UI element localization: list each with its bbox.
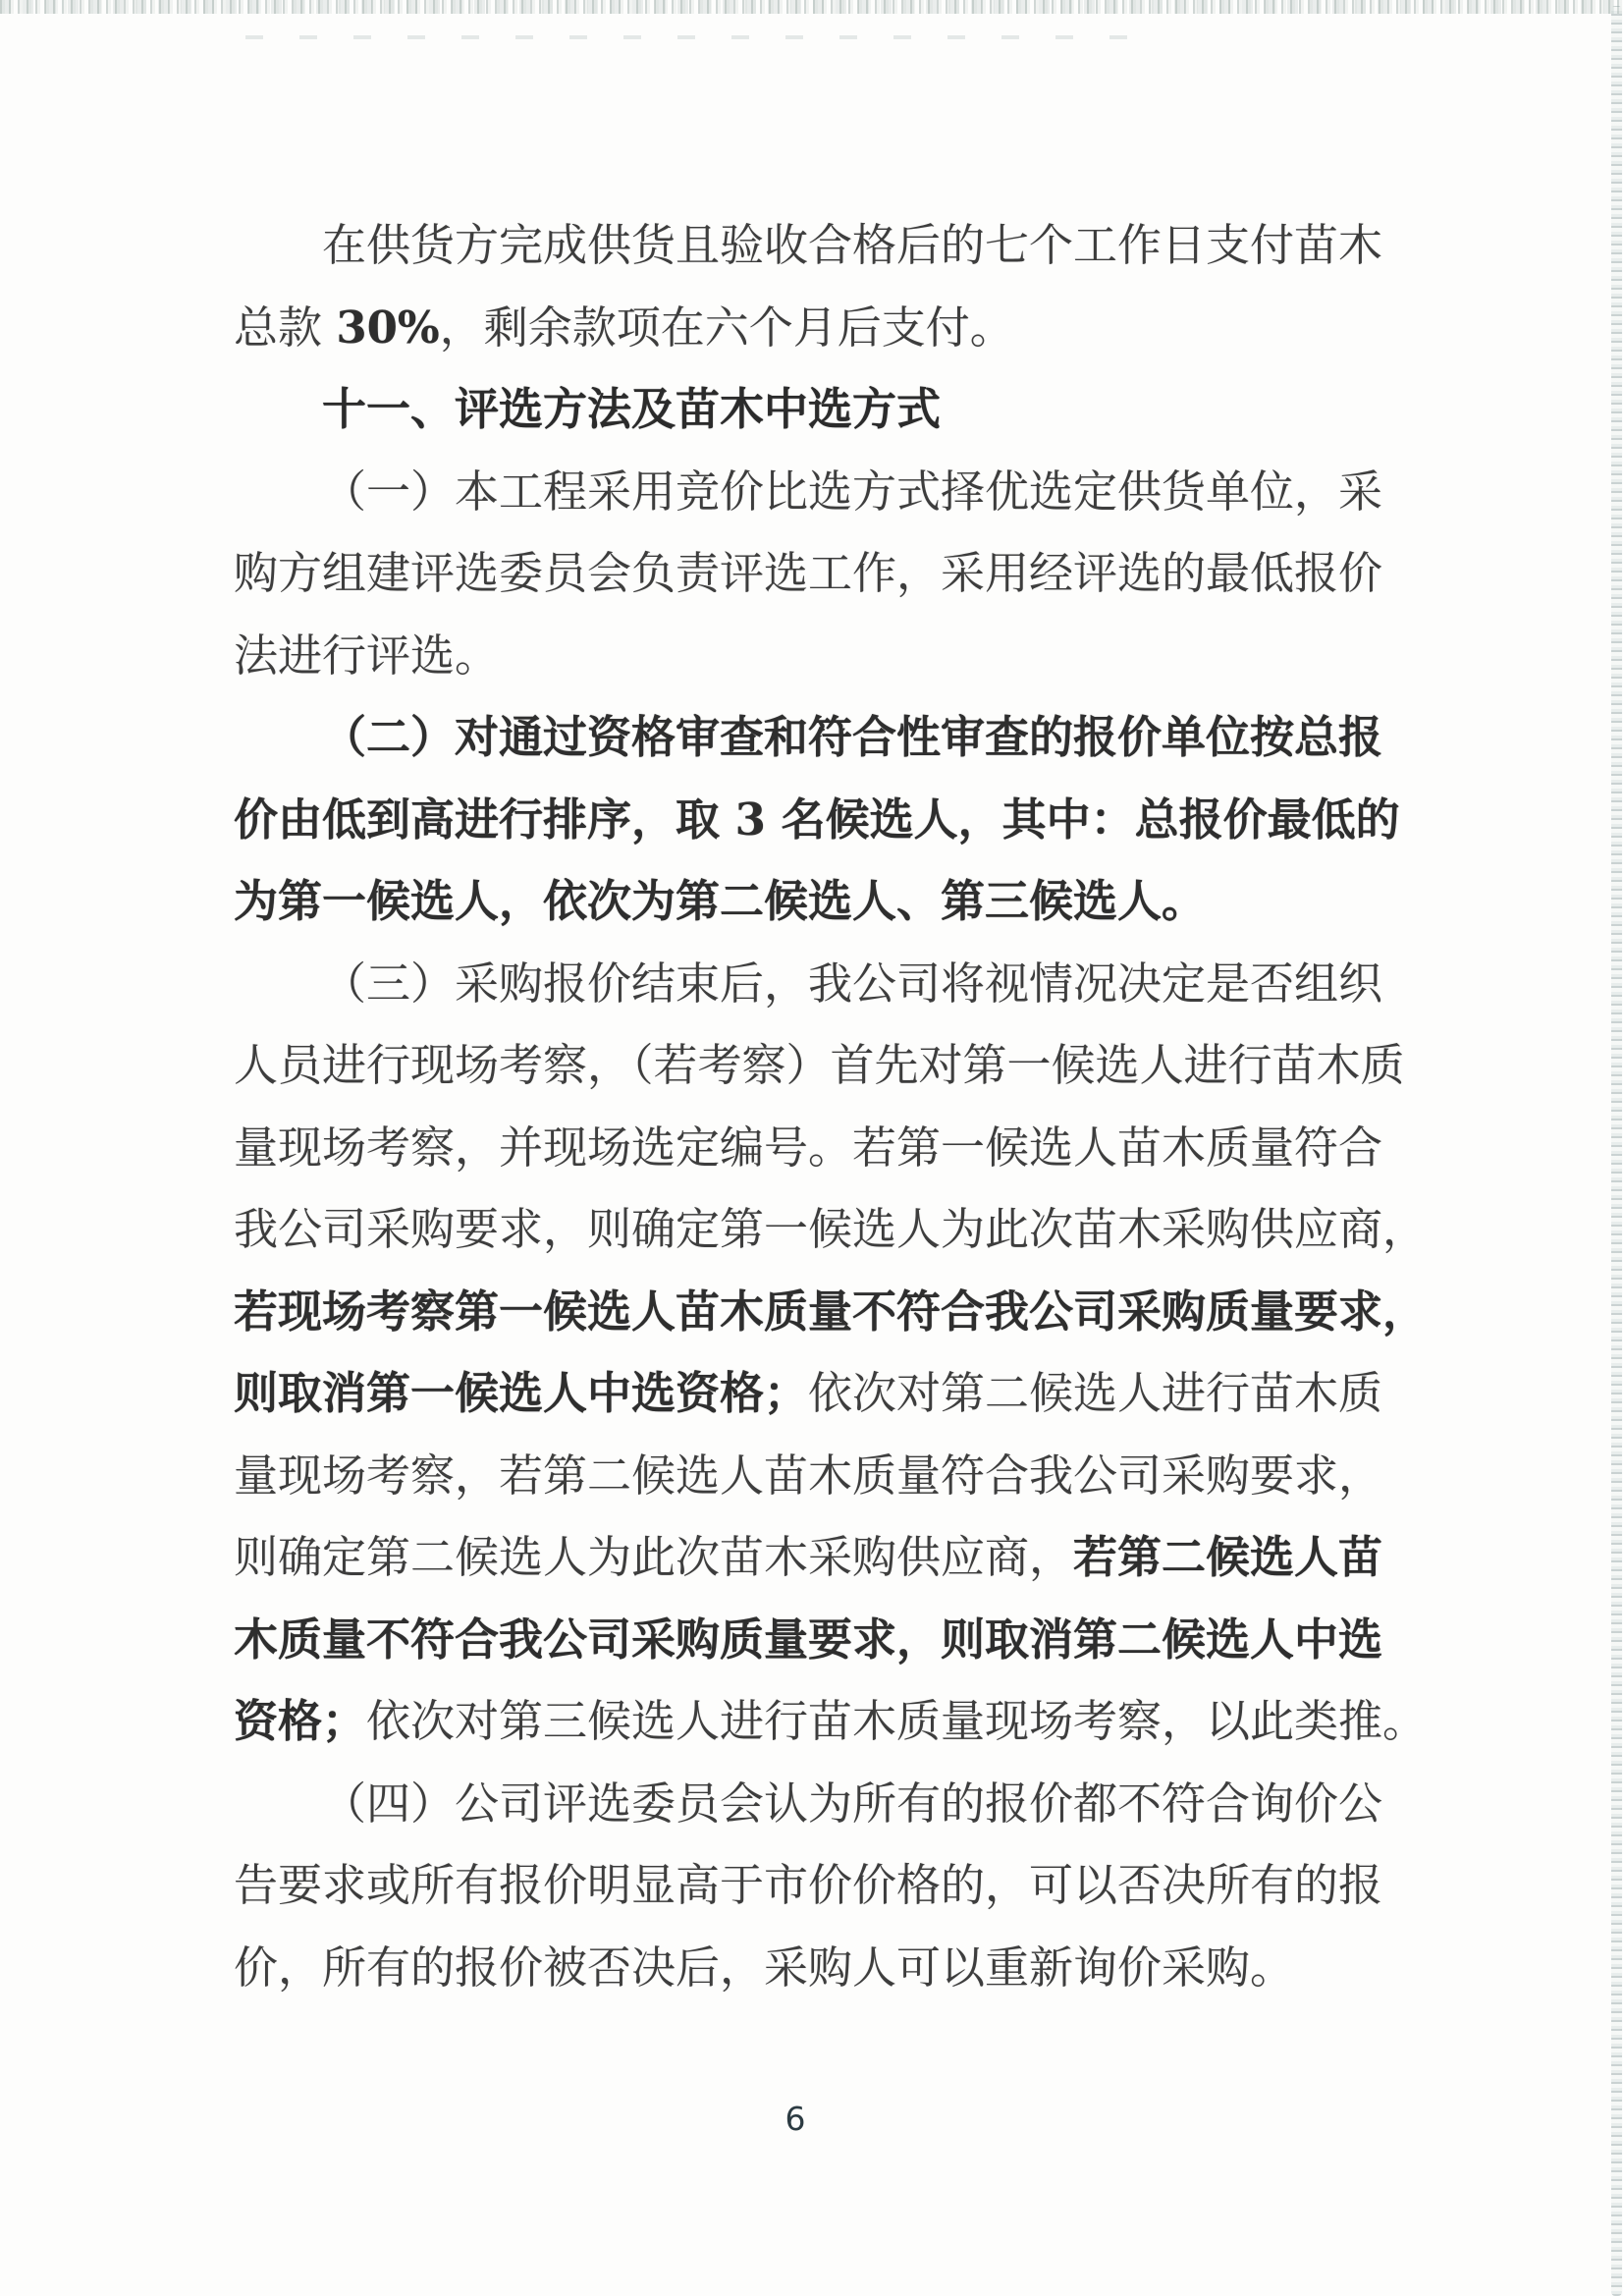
text-line: 价由低到高进行排序，取 3 名候选人，其中：总报价最低的 <box>234 779 1392 861</box>
text-segment: 依次对第三候选人进行苗木质量现场考察，以此类推。 <box>366 1695 1427 1747</box>
text-line: 为第一候选人，依次为第二候选人、第三候选人。 <box>234 860 1392 943</box>
document-body: 在供货方完成供货且验收合格后的七个工作日支付苗木总款 30%，剩余款项在六个月后… <box>234 204 1392 2008</box>
scan-noise-faint-line <box>245 35 1129 39</box>
bold-text-segment: 木质量不符合我公司采购质量要求，则取消第二候选人中选 <box>234 1613 1382 1666</box>
text-segment: ，剩余款项在六个月后支付。 <box>440 301 1014 354</box>
text-line: （一）本工程采用竞价比选方式择优选定供货单位，采 <box>234 451 1392 533</box>
text-segment: 价，所有的报价被否决后，采购人可以重新询价采购。 <box>234 1941 1294 1994</box>
bold-text-segment: 十一、评选方法及苗木中选方式 <box>322 383 941 435</box>
text-segment: 告要求或所有报价明显高于市价价格的，可以否决所有的报 <box>234 1859 1382 1911</box>
scan-noise-right-edge <box>1611 6 1622 2296</box>
bold-text-segment: 30% <box>336 301 439 354</box>
bold-text-segment: （二）对通过资格审查和符合性审查的报价单位按总报 <box>322 711 1382 763</box>
bold-text-segment: 价由低到高进行排序，取 3 名候选人，其中：总报价最低的 <box>234 793 1400 846</box>
text-segment: 依次对第二候选人进行苗木质 <box>808 1367 1382 1419</box>
text-segment: 人员进行现场考察，（若考察）首先对第一候选人进行苗木质 <box>234 1039 1405 1091</box>
text-segment: 量现场考察，并现场选定编号。若第一候选人苗木质量符合 <box>234 1121 1382 1174</box>
text-line: 总款 30%，剩余款项在六个月后支付。 <box>234 287 1392 369</box>
text-line: 则取消第一候选人中选资格；依次对第二候选人进行苗木质 <box>234 1352 1392 1435</box>
text-segment: 我公司采购要求，则确定第一候选人为此次苗木采购供应商， <box>234 1203 1427 1255</box>
text-line: 则确定第二候选人为此次苗木采购供应商，若第二候选人苗 <box>234 1516 1392 1599</box>
text-line: 告要求或所有报价明显高于市价价格的，可以否决所有的报 <box>234 1844 1392 1927</box>
text-line: 量现场考察，并现场选定编号。若第一候选人苗木质量符合 <box>234 1107 1392 1189</box>
text-line: 资格；依次对第三候选人进行苗木质量现场考察，以此类推。 <box>234 1680 1392 1763</box>
bold-text-segment: 资格； <box>234 1695 366 1747</box>
text-line: 购方组建评选委员会负责评选工作，采用经评选的最低报价 <box>234 532 1392 615</box>
text-line: 人员进行现场考察，（若考察）首先对第一候选人进行苗木质 <box>234 1024 1392 1107</box>
text-segment: （四）公司评选委员会认为所有的报价都不符合询价公 <box>322 1777 1382 1830</box>
bold-text-segment: 若第二候选人苗 <box>1073 1531 1382 1583</box>
text-line: 价，所有的报价被否决后，采购人可以重新询价采购。 <box>234 1927 1392 2009</box>
text-line: 在供货方完成供货且验收合格后的七个工作日支付苗木 <box>234 204 1392 287</box>
text-line: 法进行评选。 <box>234 615 1392 697</box>
bold-text-segment: 则取消第一候选人中选资格； <box>234 1367 808 1419</box>
text-line: 木质量不符合我公司采购质量要求，则取消第二候选人中选 <box>234 1599 1392 1681</box>
page-number: 6 <box>0 2102 1591 2137</box>
text-line: 量现场考察，若第二候选人苗木质量符合我公司采购要求， <box>234 1435 1392 1517</box>
text-segment: （三）采购报价结束后，我公司将视情况决定是否组织 <box>322 957 1382 1010</box>
text-line: （四）公司评选委员会认为所有的报价都不符合询价公 <box>234 1763 1392 1845</box>
text-line: 我公司采购要求，则确定第一候选人为此次苗木采购供应商， <box>234 1188 1392 1271</box>
text-line: （二）对通过资格审查和符合性审查的报价单位按总报 <box>234 696 1392 779</box>
text-segment: 购方组建评选委员会负责评选工作，采用经评选的最低报价 <box>234 547 1382 599</box>
text-segment: 则确定第二候选人为此次苗木采购供应商， <box>234 1531 1073 1583</box>
bold-text-segment: 若现场考察第一候选人苗木质量不符合我公司采购质量要求， <box>234 1285 1427 1338</box>
text-segment: 量现场考察，若第二候选人苗木质量符合我公司采购要求， <box>234 1449 1382 1502</box>
text-segment: （一）本工程采用竞价比选方式择优选定供货单位，采 <box>322 465 1382 518</box>
text-segment: 总款 <box>234 301 336 354</box>
text-segment: 法进行评选。 <box>234 629 499 682</box>
text-segment: 在供货方完成供货且验收合格后的七个工作日支付苗木 <box>322 219 1382 271</box>
text-line: （三）采购报价结束后，我公司将视情况决定是否组织 <box>234 943 1392 1025</box>
section-heading: 十一、评选方法及苗木中选方式 <box>234 368 1392 451</box>
scan-noise-top-edge <box>0 0 1623 14</box>
text-line: 若现场考察第一候选人苗木质量不符合我公司采购质量要求， <box>234 1271 1392 1353</box>
document-page: 在供货方完成供货且验收合格后的七个工作日支付苗木总款 30%，剩余款项在六个月后… <box>0 0 1623 2296</box>
bold-text-segment: 为第一候选人，依次为第二候选人、第三候选人。 <box>234 875 1206 927</box>
